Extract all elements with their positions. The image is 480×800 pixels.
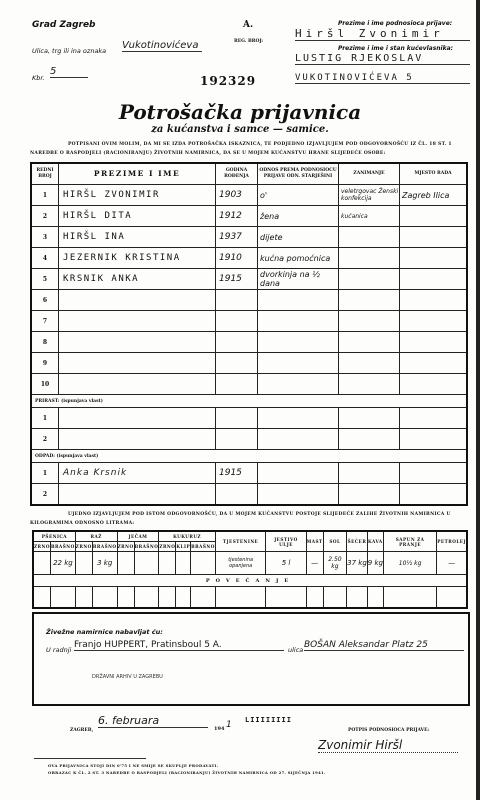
shop-label: U radnji xyxy=(46,646,71,654)
footer-divider xyxy=(34,758,146,759)
form-title: Potrošačka prijavnica xyxy=(0,100,480,124)
sub-header: KLIP xyxy=(176,542,191,552)
occupation xyxy=(339,332,400,353)
col-header: KAVA xyxy=(367,531,383,552)
col-occupation-header: ZANIMANJE xyxy=(339,163,400,185)
increase-row xyxy=(33,587,467,609)
shop-street-value: BOŠAN Aleksandar Platz 25 xyxy=(304,640,464,651)
table-row: 1 xyxy=(31,408,467,429)
house-number-value: 5 xyxy=(50,66,88,78)
person-name: JEZERNIK KRISTINA xyxy=(59,248,216,269)
table-row: 2 xyxy=(31,429,467,450)
relation: žena xyxy=(258,206,339,227)
serial-number: 192329 xyxy=(200,74,256,88)
archive-stamp: DRŽAVNI ARHIV U ZAGREBU xyxy=(92,674,163,680)
relation xyxy=(258,353,339,374)
occupation xyxy=(339,353,400,374)
prirast-note: (ispunjava vlast) xyxy=(61,399,103,404)
birth-year: 1910 xyxy=(216,248,258,269)
person-name xyxy=(59,408,216,429)
increase-label: POVEĆANJE xyxy=(33,575,467,587)
relation: kućna pomoćnica xyxy=(258,248,339,269)
col-no-header: REDNI BROJ xyxy=(31,163,59,185)
sub-header: ZRNO xyxy=(117,542,134,552)
row-number: 9 xyxy=(31,353,59,374)
supply-box: Živežne namirnice nabavljat ću: U radnji… xyxy=(32,612,470,706)
person-name xyxy=(59,290,216,311)
stock-value: tjestenina opanjena xyxy=(215,552,266,575)
sub-header: BRAŠNO xyxy=(191,542,216,552)
row-number: 2 xyxy=(31,429,59,450)
occupation xyxy=(339,290,400,311)
row-number: 3 xyxy=(31,227,59,248)
person-name xyxy=(59,311,216,332)
landlord-name: LUSTIG RJEKOSLAV xyxy=(295,53,470,65)
person-name: HIRŠL ZVONIMIR xyxy=(59,185,216,206)
sub-header: ZRNO xyxy=(159,542,176,552)
workplace xyxy=(400,206,468,227)
group-header: JEČAM xyxy=(117,531,159,542)
stock-value: 3 kg xyxy=(92,552,117,575)
street-value: Vukotinovićeva xyxy=(122,40,202,52)
odpad-label: ODPAD: xyxy=(35,454,55,459)
birth-year xyxy=(216,429,258,450)
birth-year: 1903 xyxy=(216,185,258,206)
col-header: SAPUN ZA PRANJE xyxy=(383,531,436,552)
relation xyxy=(258,332,339,353)
col-header: TJESTENINE xyxy=(215,531,266,552)
person-name: HIRŠL INA xyxy=(59,227,216,248)
table-row: 6 xyxy=(31,290,467,311)
shop-value: Franjo HUPPERT, Pratinsboul 5 A. xyxy=(74,640,284,651)
relation: o' xyxy=(258,185,339,206)
stock-value xyxy=(117,552,134,575)
relation xyxy=(258,374,339,395)
workplace xyxy=(400,269,468,290)
stock-value xyxy=(134,552,159,575)
workplace xyxy=(400,353,468,374)
table-header: REDNI BROJ PREZIME I IME GODINA ROĐENJA … xyxy=(31,163,467,185)
person-name xyxy=(59,374,216,395)
intro-text: POTPISANI OVIM MOLIM, DA MI SE IZDA POTR… xyxy=(30,140,470,158)
table-row: 2 HIRŠL DITA 1912 žena kućanica xyxy=(31,206,467,227)
landlord-address: VUKOTINOVIĆEVA 5 xyxy=(295,73,470,84)
signature: Zvonimir Hiršl xyxy=(318,738,458,753)
occupation: veletrgovac Ženski konfekcija xyxy=(339,185,400,206)
workplace xyxy=(400,332,468,353)
signature-label: POTPIS PODNOSIOCA PRIJAVE: xyxy=(348,728,429,733)
birth-year: 1915 xyxy=(216,463,258,484)
col-header: PETROLEJ xyxy=(437,531,467,552)
stock-value xyxy=(176,552,191,575)
col-header: MAST xyxy=(306,531,323,552)
shop-street-label: ulica xyxy=(288,646,303,654)
col-header: ŠEĆER xyxy=(347,531,368,552)
table-row: 1 Anka Krsnik 1915 xyxy=(31,463,467,484)
stock-value xyxy=(159,552,176,575)
row-number: 2 xyxy=(31,206,59,227)
row-number: 1 xyxy=(31,185,59,206)
table-row: 3 HIRŠL INA 1937 dijete xyxy=(31,227,467,248)
stock-value xyxy=(75,552,92,575)
occupation xyxy=(339,227,400,248)
birth-year xyxy=(216,408,258,429)
applicant-value: Hiršl Zvonimir xyxy=(295,27,470,41)
row-number: 8 xyxy=(31,332,59,353)
stock-value: 2.50 kg xyxy=(323,552,346,575)
occupation xyxy=(339,248,400,269)
table-row: 10 xyxy=(31,374,467,395)
row-number: 6 xyxy=(31,290,59,311)
person-name xyxy=(59,484,216,506)
occupation xyxy=(339,374,400,395)
sub-header: ZRNO xyxy=(75,542,92,552)
birth-year xyxy=(216,332,258,353)
sub-header: BRAŠNO xyxy=(51,542,76,552)
sub-header: ZRNO xyxy=(33,542,51,552)
workplace xyxy=(400,311,468,332)
prirast-label: PRIRAST: xyxy=(35,399,60,404)
birth-year xyxy=(216,290,258,311)
year-handwritten: 1 xyxy=(226,720,232,730)
workplace xyxy=(400,248,468,269)
row-number: 4 xyxy=(31,248,59,269)
row-number: 5 xyxy=(31,269,59,290)
date-value: 6. februara xyxy=(98,714,208,728)
person-name: KRSNIK ANKA xyxy=(59,269,216,290)
relation xyxy=(258,311,339,332)
table-row: 9 xyxy=(31,353,467,374)
occupation: kućanica xyxy=(339,206,400,227)
prirast-section-header: PRIRAST: (ispunjava vlast) xyxy=(31,395,467,408)
birth-year: 1915 xyxy=(216,269,258,290)
price-note: OVA PRIJAVNICA STOJI DIN 0'75 I NE SMIJE… xyxy=(48,763,218,768)
group-header: PŠENICA xyxy=(33,531,75,542)
stock-value xyxy=(191,552,216,575)
relation: dijete xyxy=(258,227,339,248)
row-number: 10 xyxy=(31,374,59,395)
workplace xyxy=(400,374,468,395)
city-label: Grad Zagreb xyxy=(32,20,96,30)
birth-year xyxy=(216,353,258,374)
reg-number-label: REG. BROJ: xyxy=(234,39,263,44)
person-name xyxy=(59,429,216,450)
workplace xyxy=(400,227,468,248)
occupation xyxy=(339,269,400,290)
birth-year xyxy=(216,311,258,332)
odpad-note: (ispunjava vlast) xyxy=(57,454,99,459)
relation xyxy=(258,290,339,311)
place-label: ZAGREB, xyxy=(70,728,93,733)
birth-year: 1937 xyxy=(216,227,258,248)
col-year-header: GODINA ROĐENJA xyxy=(216,163,258,185)
stock-values-row: 22 kg 3 kg tjestenina opanjena 5 l — 2.5… xyxy=(33,552,467,575)
sub-header: BRAŠNO xyxy=(92,542,117,552)
street-label: Ulica, trg ili ina oznaka xyxy=(32,47,106,55)
person-name: Anka Krsnik xyxy=(59,463,216,484)
stock-value: 10½ kg xyxy=(383,552,436,575)
row-number: 1 xyxy=(31,408,59,429)
stock-value: — xyxy=(437,552,467,575)
workplace xyxy=(400,290,468,311)
group-header: KUKURUZ xyxy=(159,531,216,542)
occupation xyxy=(339,311,400,332)
stock-value: 37 kg xyxy=(347,552,368,575)
relation: dvorkinja na ½ dana xyxy=(258,269,339,290)
col-header: SOL xyxy=(323,531,346,552)
row-number: 7 xyxy=(31,311,59,332)
person-name xyxy=(59,353,216,374)
stock-value: 22 kg xyxy=(51,552,76,575)
date-stamp: LIIIIIIII xyxy=(245,716,292,724)
supply-label: Živežne namirnice nabavljat ću: xyxy=(46,628,163,636)
col-relation-header: ODNOS PREMA PODNOSIOCU PRIJAVE ODN. STAR… xyxy=(258,163,339,185)
birth-year xyxy=(216,484,258,506)
table-row: 7 xyxy=(31,311,467,332)
col-header: JESTIVO ULJE xyxy=(266,531,306,552)
applicant-label: Prezime i ime podnosioca prijave: xyxy=(338,20,452,27)
sub-header: BRAŠNO xyxy=(134,542,159,552)
person-name: HIRŠL DITA xyxy=(59,206,216,227)
table-row: 4 JEZERNIK KRISTINA 1910 kućna pomoćnica xyxy=(31,248,467,269)
col-name-header: PREZIME I IME xyxy=(59,163,216,185)
odpad-section-header: ODPAD: (ispunjava vlast) xyxy=(31,450,467,463)
form-subtitle: za kućanstva i samce — samice. xyxy=(0,124,480,135)
workplace: Zagreb Ilica xyxy=(400,185,468,206)
stock-value: — xyxy=(306,552,323,575)
birth-year xyxy=(216,374,258,395)
table-row: 2 xyxy=(31,484,467,506)
group-header: RAŽ xyxy=(75,531,117,542)
stock-value: 9 kg xyxy=(367,552,383,575)
row-number: 1 xyxy=(31,463,59,484)
table-row: 8 xyxy=(31,332,467,353)
person-name xyxy=(59,332,216,353)
stock-value: 5 l xyxy=(266,552,306,575)
year-prefix: 194 xyxy=(214,726,224,732)
birth-year: 1912 xyxy=(216,206,258,227)
stock-table: PŠENICA RAŽ JEČAM KUKURUZ TJESTENINE JES… xyxy=(32,530,468,609)
form-letter: A. xyxy=(243,20,253,30)
house-number-label: Kbr. xyxy=(32,74,45,82)
landlord-label: Prezime i ime i stan kućevlasnika: xyxy=(338,45,453,52)
stock-value xyxy=(33,552,51,575)
table-row: 1 HIRŠL ZVONIMIR 1903 o' veletrgovac Žen… xyxy=(31,185,467,206)
household-table: REDNI BROJ PREZIME I IME GODINA ROĐENJA … xyxy=(30,162,468,506)
form-reference-note: OBRAZAC K ČL. 2 ST. 3 NAREDBE O RASPODJE… xyxy=(48,770,326,775)
stock-intro-text: UJEDNO IZJAVLJUJEM POD ISTOM ODGOVORNOŠĆ… xyxy=(30,510,470,528)
col-workplace-header: MJESTO RADA xyxy=(400,163,468,185)
table-row: 5 KRSNIK ANKA 1915 dvorkinja na ½ dana xyxy=(31,269,467,290)
row-number: 2 xyxy=(31,484,59,506)
